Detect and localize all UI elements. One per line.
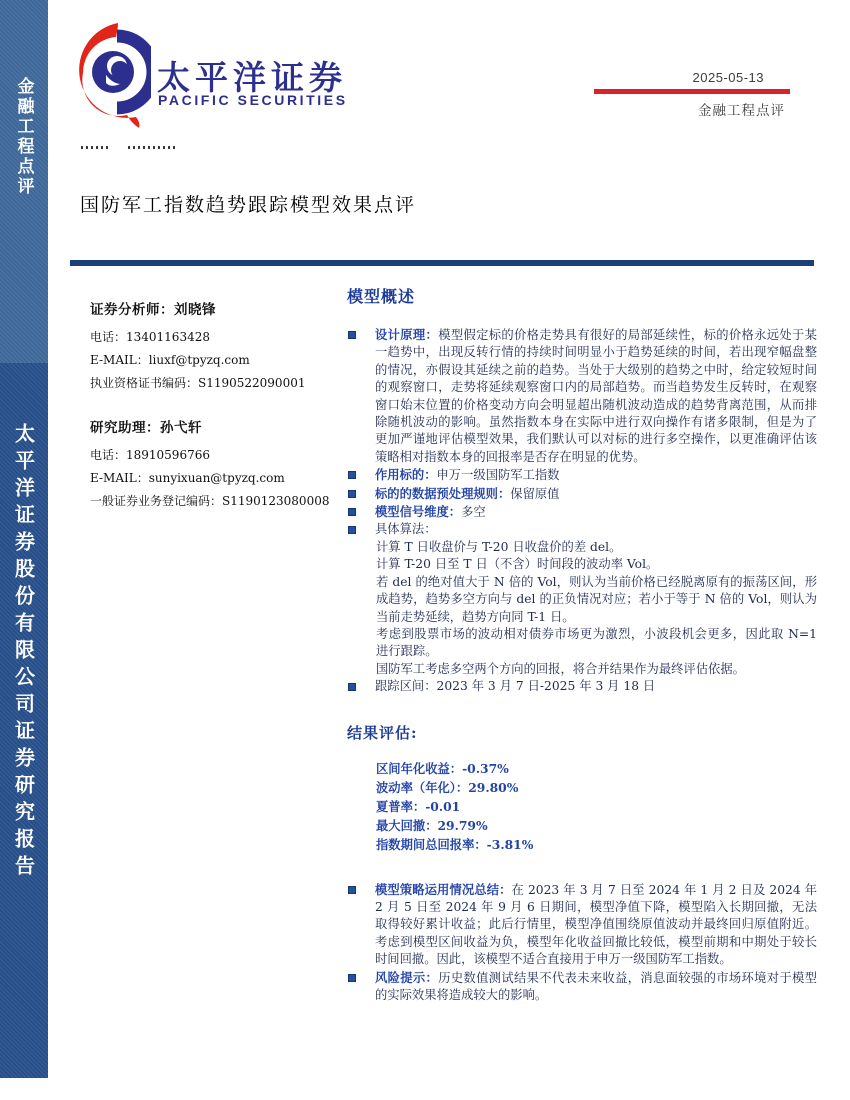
report-title: 国防军工指数趋势跟踪模型效果点评 [80,190,416,217]
assistant-name: 研究助理：孙弋轩 [90,416,342,436]
bullet-strategy-summary: 模型策略运用情况总结：在 2023 年 3 月 7 日至 2024 年 1 月 … [347,881,817,969]
analyst-block: 证券分析师：刘晓锋 电话：13401163428 E-MAIL：liuxf@tp… [90,298,342,390]
sidebar-category-band: 金融工程点评 [0,0,48,363]
bullet-signal-dimension: 模型信号维度：多空 [347,503,817,521]
bullet-text: 设计原理：模型假定标的价格走势具有很好的局部延续性，标的价格永远处于某一趋势中，… [375,326,817,466]
bullet-algorithm: 具体算法： [347,521,817,538]
analyst-name: 证券分析师：刘晓锋 [90,298,342,318]
bullet-design-principle: 设计原理：模型假定标的价格走势具有很好的局部延续性，标的价格永远处于某一趋势中，… [347,326,817,466]
logo-swirl-blue [111,61,129,79]
bullet-square-icon [348,490,356,498]
clipped-text-artifact [81,146,191,150]
bullet-preprocess-rule: 标的的数据预处理规则：保留原值 [347,485,817,503]
algorithm-steps: 计算 T 日收盘价与 T-20 日收盘价的差 del。 计算 T-20 日至 T… [376,539,817,678]
bullet-square-icon [348,526,356,534]
section-heading-overview: 模型概述 [347,284,817,307]
bullet-text: 风险提示：历史数值测试结果不代表未来收益，消息面较强的市场环境对于模型的实际效果… [375,969,817,1005]
bullet-tracking-period: 跟踪区间：2023 年 3 月 7 日-2025 年 3 月 18 日 [347,678,817,695]
section-heading-results: 结果评估: [347,722,817,743]
bullet-text: 作用标的：申万一级国防军工指数 [375,466,817,484]
analyst-email: E-MAIL：liuxf@tpyzq.com [90,354,342,367]
algorithm-step: 国防军工考虑多空两个方向的回报，将合并结果作为最终评估依据。 [376,661,817,678]
report-page: 金融工程点评 太平洋证券股份有限公司证券研究报告 太平洋证券 PACIFIC S… [0,0,850,1100]
assistant-phone: 电话：18910596766 [90,449,342,462]
sidebar-company-label: 太平洋证券股份有限公司证券研究报告 [10,363,39,882]
bullet-square-icon [348,886,356,894]
sidebar-category-label: 金融工程点评 [12,0,37,197]
bullet-square-icon [348,508,356,516]
algorithm-step: 计算 T 日收盘价与 T-20 日收盘价的差 del。 [376,539,817,556]
report-date: 2025-05-13 [594,70,790,85]
analyst-license: 执业资格证书编码：S1190522090001 [90,377,342,390]
pacific-securities-logo-icon [73,20,151,132]
report-category: 金融工程点评 [594,99,790,119]
logo-english-name: PACIFIC SECURITIES [158,92,348,108]
algorithm-step: 考虑到股票市场的波动相对债券市场更为激烈，小波段机会更多，因此取 N=1 进行跟… [376,626,817,661]
title-divider [70,260,814,266]
metric-max-drawdown: 最大回撤：29.79% [376,816,817,835]
sidebar-company-band: 太平洋证券股份有限公司证券研究报告 [0,363,48,1078]
bullet-square-icon [348,331,356,339]
bullet-text: 跟踪区间：2023 年 3 月 7 日-2025 年 3 月 18 日 [375,678,817,695]
bullet-text: 模型信号维度：多空 [375,503,817,521]
bullet-target-index: 作用标的：申万一级国防军工指数 [347,466,817,484]
bullet-square-icon [348,974,356,982]
assistant-email: E-MAIL：sunyixuan@tpyzq.com [90,472,342,485]
assistant-block: 研究助理：孙弋轩 电话：18910596766 E-MAIL：sunyixuan… [90,416,342,508]
assistant-license: 一般证券业务登记编码：S1190123080008 [90,495,342,508]
header-meta: 2025-05-13 金融工程点评 [594,70,790,119]
bullet-square-icon [348,683,356,691]
bullet-risk-warning: 风险提示：历史数值测试结果不代表未来收益，消息面较强的市场环境对于模型的实际效果… [347,969,817,1005]
metric-sharpe: 夏普率：-0.01 [376,797,817,816]
result-metrics: 区间年化收益：-0.37% 波动率（年化）：29.80% 夏普率：-0.01 最… [376,759,817,855]
report-body: 模型概述 设计原理：模型假定标的价格走势具有很好的局部延续性，标的价格永远处于某… [347,284,817,1004]
algorithm-step: 若 del 的绝对值大于 N 倍的 Vol，则认为当前价格已经脱离原有的振荡区间… [376,574,817,626]
analyst-info: 证券分析师：刘晓锋 电话：13401163428 E-MAIL：liuxf@tp… [90,298,342,518]
bullet-text: 具体算法： [375,521,817,538]
bullet-square-icon [348,471,356,479]
metric-annualized-return: 区间年化收益：-0.37% [376,759,817,778]
header-red-rule [594,89,790,94]
analyst-phone: 电话：13401163428 [90,331,342,344]
bullet-text: 模型策略运用情况总结：在 2023 年 3 月 7 日至 2024 年 1 月 … [375,881,817,969]
metric-volatility: 波动率（年化）：29.80% [376,778,817,797]
metric-index-total-return: 指数期间总回报率：-3.81% [376,835,817,854]
algorithm-step: 计算 T-20 日至 T 日（不含）时间段的波动率 Vol。 [376,556,817,573]
bullet-text: 标的的数据预处理规则：保留原值 [375,485,817,503]
